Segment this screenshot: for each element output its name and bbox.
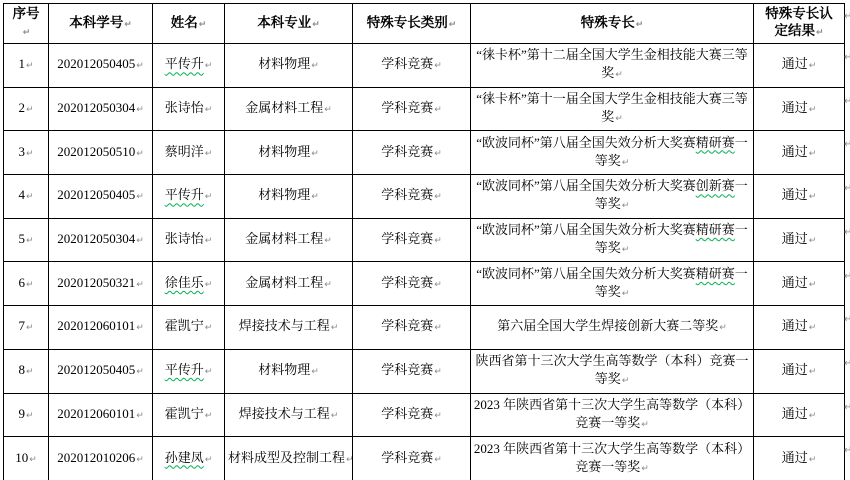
cell-no[interactable]: 9↵	[4, 393, 49, 437]
cell-text: 9	[18, 406, 25, 421]
cell-text: “徕卡杯”第十一届全国大学生金相技能大赛三等奖	[476, 91, 748, 124]
cell-category[interactable]: 学科竞赛↵	[353, 306, 471, 350]
table-row: 2↵202012050304↵张诗怡↵金属材料工程↵学科竞赛↵“徕卡杯”第十一届…	[4, 87, 845, 131]
table-row: 7↵202012060101↵霍凯宁↵焊接技术与工程↵学科竞赛↵第六届全国大学生…	[4, 306, 845, 350]
cell-no[interactable]: 6↵	[4, 262, 49, 306]
cell-major[interactable]: 材料物理↵	[225, 175, 353, 219]
cell-major[interactable]: 金属材料工程↵	[225, 218, 353, 262]
cell-text: 蔡明洋	[165, 144, 204, 159]
cell-text: 202012050405	[57, 362, 135, 377]
paragraph-mark-icon: ↵	[311, 367, 319, 377]
cell-no[interactable]: 4↵	[4, 175, 49, 219]
paragraph-mark-icon: ↵	[449, 20, 457, 30]
cell-text: 学科竞赛	[381, 318, 433, 333]
cell-text: 学科竞赛	[381, 231, 433, 246]
cell-skill[interactable]: “欧波同杯”第八届全国失效分析大奖赛精研赛一等奖↵	[471, 131, 754, 175]
cell-name[interactable]: 平传升↵	[153, 44, 225, 88]
cell-text: 序号	[13, 6, 40, 21]
header-result[interactable]: 特殊专长认定结果↵	[754, 4, 845, 44]
cell-no[interactable]: 2↵	[4, 87, 49, 131]
paragraph-mark-icon: ↵	[434, 455, 442, 465]
cell-category[interactable]: 学科竞赛↵	[353, 175, 471, 219]
cell-student_id[interactable]: 202012050321↵	[49, 262, 153, 306]
table-row: 1↵202012050405↵平传升↵材料物理↵学科竞赛↵“徕卡杯”第十二届全国…	[4, 44, 845, 88]
cell-text: 学科竞赛	[381, 362, 433, 377]
paragraph-mark-icon: ↵	[26, 280, 34, 290]
cell-category[interactable]: 学科竞赛↵	[353, 218, 471, 262]
paragraph-mark-icon: ↵	[719, 323, 727, 333]
cell-category[interactable]: 学科竞赛↵	[353, 87, 471, 131]
paragraph-mark-icon: ↵	[136, 61, 144, 71]
paragraph-mark-icon: ↵	[26, 323, 34, 333]
cell-text: 4	[18, 187, 25, 202]
paragraph-mark-icon: ↵	[26, 411, 34, 421]
cell-text: 通过	[782, 231, 808, 246]
paragraph-mark-icon: ↵	[636, 20, 644, 30]
cell-result[interactable]: 通过↵	[754, 44, 845, 88]
cell-category[interactable]: 学科竞赛↵	[353, 349, 471, 393]
cell-text: 金属材料工程	[245, 275, 323, 290]
cell-text: 202012060101	[57, 406, 135, 421]
cell-text: 10	[15, 450, 28, 465]
paragraph-mark-icon: ↵	[816, 28, 824, 38]
paragraph-mark-icon: ↵	[199, 20, 207, 30]
paragraph-mark-icon: ↵	[622, 245, 630, 255]
cell-text: 焊接技术与工程	[239, 318, 330, 333]
misspelled-text: 创新赛	[696, 178, 735, 193]
paragraph-mark-icon: ↵	[205, 411, 213, 421]
cell-text: 张诗怡	[165, 100, 204, 115]
cell-name[interactable]: 徐佳乐↵	[153, 262, 225, 306]
cell-skill[interactable]: 第六届全国大学生焊接创新大赛二等奖↵	[471, 306, 754, 350]
cell-text: 202012050304	[57, 231, 135, 246]
cell-category[interactable]: 学科竞赛↵	[353, 437, 471, 480]
cell-text: 张诗怡	[165, 231, 204, 246]
cell-text: “欧波同杯”第八届全国失效分析大奖赛	[476, 135, 696, 150]
paragraph-mark-icon: ↵	[622, 158, 630, 168]
cell-text: 202012050321	[57, 275, 135, 290]
cell-major[interactable]: 焊接技术与工程↵	[225, 393, 353, 437]
paragraph-mark-icon: ↵	[205, 455, 213, 465]
paragraph-mark-icon: ↵	[124, 20, 132, 30]
paragraph-mark-icon: ↵	[311, 192, 319, 202]
table-row: 5↵202012050304↵张诗怡↵金属材料工程↵学科竞赛↵“欧波同杯”第八届…	[4, 218, 845, 262]
special-skills-table: 序号↵本科学号↵姓名↵本科专业↵特殊专长类别↵特殊专长↵特殊专长认定结果↵ 1↵…	[3, 3, 845, 480]
misspelled-text: 精研赛	[696, 222, 735, 237]
cell-result[interactable]: 通过↵	[754, 349, 845, 393]
row-end-mark-icon: ↵	[844, 446, 850, 456]
paragraph-mark-icon: ↵	[26, 367, 34, 377]
cell-name[interactable]: 张诗怡↵	[153, 218, 225, 262]
cell-text: 2023 年陕西省第十三次大学生高等数学（本科）竞赛一等奖	[474, 441, 750, 474]
cell-text: 学科竞赛	[381, 275, 433, 290]
table-header-row: 序号↵本科学号↵姓名↵本科专业↵特殊专长类别↵特殊专长↵特殊专长认定结果↵	[4, 4, 845, 44]
paragraph-mark-icon: ↵	[205, 323, 213, 333]
cell-text: 第六届全国大学生焊接创新大赛二等奖	[497, 318, 718, 333]
paragraph-mark-icon: ↵	[434, 192, 442, 202]
cell-text: 通过	[782, 100, 808, 115]
cell-skill[interactable]: 2023 年陕西省第十三次大学生高等数学（本科）竞赛一等奖↵	[471, 393, 754, 437]
paragraph-mark-icon: ↵	[312, 20, 320, 30]
paragraph-mark-icon: ↵	[136, 411, 144, 421]
cell-text: “欧波同杯”第八届全国失效分析大奖赛	[476, 266, 696, 281]
paragraph-mark-icon: ↵	[26, 192, 34, 202]
header-category[interactable]: 特殊专长类别↵	[353, 4, 471, 44]
row-end-mark-icon: ↵	[844, 272, 850, 282]
cell-text: 202012010206	[57, 450, 135, 465]
cell-student_id[interactable]: 202012060101↵	[49, 306, 153, 350]
paragraph-mark-icon: ↵	[136, 455, 144, 465]
row-end-mark-icon: ↵	[844, 97, 850, 107]
paragraph-mark-icon: ↵	[346, 455, 352, 465]
cell-no[interactable]: 10↵	[4, 437, 49, 480]
paragraph-mark-icon: ↵	[29, 455, 37, 465]
cell-skill[interactable]: “欧波同杯”第八届全国失效分析大奖赛创新赛一等奖↵	[471, 175, 754, 219]
cell-result[interactable]: 通过↵	[754, 218, 845, 262]
cell-text: 通过	[782, 275, 808, 290]
paragraph-mark-icon: ↵	[311, 61, 319, 71]
paragraph-mark-icon: ↵	[434, 367, 442, 377]
cell-text: 本科专业	[257, 15, 311, 30]
cell-result[interactable]: 通过↵	[754, 87, 845, 131]
cell-student_id[interactable]: 202012050304↵	[49, 87, 153, 131]
cell-text: 特殊专长类别	[367, 15, 448, 30]
table-row: 4↵202012050405↵平传升↵材料物理↵学科竞赛↵“欧波同杯”第八届全国…	[4, 175, 845, 219]
paragraph-mark-icon: ↵	[205, 105, 213, 115]
header-student_id[interactable]: 本科学号↵	[49, 4, 153, 44]
row-end-mark-icon: ↵	[844, 53, 850, 63]
cell-name[interactable]: 平传升↵	[153, 175, 225, 219]
cell-text: 6	[18, 275, 25, 290]
cell-category[interactable]: 学科竞赛↵	[353, 393, 471, 437]
paragraph-mark-icon: ↵	[136, 236, 144, 246]
cell-skill[interactable]: “徕卡杯”第十二届全国大学生金相技能大赛三等奖↵	[471, 44, 754, 88]
cell-text: 202012060101	[57, 318, 135, 333]
header-name[interactable]: 姓名↵	[153, 4, 225, 44]
cell-text: 学科竞赛	[381, 144, 433, 159]
paragraph-mark-icon: ↵	[136, 105, 144, 115]
paragraph-mark-icon: ↵	[205, 236, 213, 246]
misspelled-text: 平传升	[165, 362, 204, 377]
paragraph-mark-icon: ↵	[26, 105, 34, 115]
row-end-mark-icon: ↵	[844, 359, 850, 369]
misspelled-text: 孙建凤	[165, 450, 204, 465]
misspelled-text: 精研赛	[696, 135, 735, 150]
cell-skill[interactable]: “欧波同杯”第八届全国失效分析大奖赛精研赛一等奖↵	[471, 262, 754, 306]
table-body: 1↵202012050405↵平传升↵材料物理↵学科竞赛↵“徕卡杯”第十二届全国…	[4, 44, 845, 480]
cell-text: 通过	[782, 318, 808, 333]
cell-result[interactable]: 通过↵	[754, 175, 845, 219]
cell-category[interactable]: 学科竞赛↵	[353, 262, 471, 306]
paragraph-mark-icon: ↵	[809, 367, 817, 377]
cell-text: 陕西省第十三次大学生高等数学（本科）竞赛一等奖	[475, 353, 748, 386]
cell-category[interactable]: 学科竞赛↵	[353, 44, 471, 88]
cell-result[interactable]: 通过↵	[754, 393, 845, 437]
table-row: 8↵202012050405↵平传升↵材料物理↵学科竞赛↵陕西省第十三次大学生高…	[4, 349, 845, 393]
cell-text: 202012050405	[57, 187, 135, 202]
paragraph-mark-icon: ↵	[434, 280, 442, 290]
paragraph-mark-icon: ↵	[324, 105, 332, 115]
cell-no[interactable]: 1↵	[4, 44, 49, 88]
cell-text: 202012050405	[57, 56, 135, 71]
cell-student_id[interactable]: 202012050405↵	[49, 44, 153, 88]
paragraph-mark-icon: ↵	[641, 464, 649, 474]
row-end-mark-icon: ↵	[844, 315, 850, 325]
cell-text: 特殊专长	[581, 15, 635, 30]
cell-name[interactable]: 张诗怡↵	[153, 87, 225, 131]
cell-text: 5	[18, 231, 25, 246]
cell-student_id[interactable]: 202012050405↵	[49, 175, 153, 219]
cell-text: 材料物理	[258, 144, 310, 159]
row-end-mark-icon: ↵	[844, 403, 850, 413]
paragraph-mark-icon: ↵	[622, 376, 630, 386]
cell-text: 材料物理	[258, 56, 310, 71]
cell-text: 学科竞赛	[381, 450, 433, 465]
row-end-mark-icon: ↵	[844, 184, 850, 194]
cell-text: 霍凯宁	[165, 406, 204, 421]
header-no[interactable]: 序号↵	[4, 4, 49, 44]
cell-text: 学科竞赛	[381, 187, 433, 202]
paragraph-mark-icon: ↵	[136, 192, 144, 202]
paragraph-mark-icon: ↵	[331, 411, 339, 421]
table-row: 10↵202012010206↵孙建凤↵材料成型及控制工程↵学科竞赛↵2023 …	[4, 437, 845, 480]
paragraph-mark-icon: ↵	[205, 149, 213, 159]
paragraph-mark-icon: ↵	[809, 192, 817, 202]
paragraph-mark-icon: ↵	[809, 105, 817, 115]
cell-no[interactable]: 7↵	[4, 306, 49, 350]
cell-text: 姓名	[171, 15, 198, 30]
cell-skill[interactable]: “徕卡杯”第十一届全国大学生金相技能大赛三等奖↵	[471, 87, 754, 131]
paragraph-mark-icon: ↵	[434, 236, 442, 246]
cell-text: 202012050304	[57, 100, 135, 115]
cell-text: 通过	[782, 406, 808, 421]
cell-text: 本科学号	[69, 15, 123, 30]
paragraph-mark-icon: ↵	[324, 280, 332, 290]
cell-major[interactable]: 材料物理↵	[225, 131, 353, 175]
cell-text: “徕卡杯”第十二届全国大学生金相技能大赛三等奖	[476, 47, 748, 80]
cell-text: 材料物理	[258, 362, 310, 377]
paragraph-mark-icon: ↵	[434, 411, 442, 421]
misspelled-text: 精研赛	[696, 266, 735, 281]
cell-text: 学科竞赛	[381, 100, 433, 115]
misspelled-text: 平传升	[165, 187, 204, 202]
cell-student_id[interactable]: 202012050510↵	[49, 131, 153, 175]
cell-text: 8	[18, 362, 25, 377]
cell-major[interactable]: 金属材料工程↵	[225, 87, 353, 131]
paragraph-mark-icon: ↵	[136, 323, 144, 333]
table-row: 9↵202012060101↵霍凯宁↵焊接技术与工程↵学科竞赛↵2023 年陕西…	[4, 393, 845, 437]
cell-text: 材料物理	[258, 187, 310, 202]
cell-text: 焊接技术与工程	[239, 406, 330, 421]
cell-name[interactable]: 霍凯宁↵	[153, 393, 225, 437]
paragraph-mark-icon: ↵	[615, 114, 623, 124]
cell-skill[interactable]: 陕西省第十三次大学生高等数学（本科）竞赛一等奖↵	[471, 349, 754, 393]
document-page: { "marks": { "paragraph_mark": "↵", "row…	[0, 0, 850, 480]
paragraph-mark-icon: ↵	[622, 201, 630, 211]
cell-student_id[interactable]: 202012060101↵	[49, 393, 153, 437]
paragraph-mark-icon: ↵	[136, 367, 144, 377]
paragraph-mark-icon: ↵	[615, 70, 623, 80]
paragraph-mark-icon: ↵	[324, 236, 332, 246]
paragraph-mark-icon: ↵	[809, 61, 817, 71]
cell-major[interactable]: 焊接技术与工程↵	[225, 306, 353, 350]
cell-text: 1	[18, 56, 25, 71]
cell-student_id[interactable]: 202012050405↵	[49, 349, 153, 393]
paragraph-mark-icon: ↵	[311, 149, 319, 159]
row-end-mark-icon: ↵	[844, 140, 850, 150]
paragraph-mark-icon: ↵	[23, 28, 31, 38]
paragraph-mark-icon: ↵	[26, 236, 34, 246]
paragraph-mark-icon: ↵	[809, 411, 817, 421]
cell-skill[interactable]: 2023 年陕西省第十三次大学生高等数学（本科）竞赛一等奖↵	[471, 437, 754, 480]
cell-text: 通过	[782, 187, 808, 202]
cell-text: 金属材料工程	[245, 231, 323, 246]
cell-text: 金属材料工程	[245, 100, 323, 115]
cell-text: 3	[18, 144, 25, 159]
cell-text: 材料成型及控制工程	[228, 450, 345, 465]
paragraph-mark-icon: ↵	[622, 289, 630, 299]
row-end-mark-icon: ↵	[844, 228, 850, 238]
cell-result[interactable]: 通过↵	[754, 262, 845, 306]
paragraph-mark-icon: ↵	[136, 149, 144, 159]
paragraph-mark-icon: ↵	[205, 61, 213, 71]
cell-text: 202012050510	[57, 144, 135, 159]
table-row: 3↵202012050510↵蔡明洋↵材料物理↵学科竞赛↵“欧波同杯”第八届全国…	[4, 131, 845, 175]
paragraph-mark-icon: ↵	[809, 149, 817, 159]
cell-text: 通过	[782, 362, 808, 377]
cell-text: 2	[18, 100, 25, 115]
paragraph-mark-icon: ↵	[434, 323, 442, 333]
paragraph-mark-icon: ↵	[809, 280, 817, 290]
paragraph-mark-icon: ↵	[205, 367, 213, 377]
cell-name[interactable]: 平传升↵	[153, 349, 225, 393]
cell-result[interactable]: 通过↵	[754, 131, 845, 175]
paragraph-mark-icon: ↵	[809, 236, 817, 246]
cell-major[interactable]: 金属材料工程↵	[225, 262, 353, 306]
paragraph-mark-icon: ↵	[331, 323, 339, 333]
paragraph-mark-icon: ↵	[205, 192, 213, 202]
misspelled-text: 徐佳乐	[165, 275, 204, 290]
paragraph-mark-icon: ↵	[26, 61, 34, 71]
cell-text: 学科竞赛	[381, 406, 433, 421]
cell-no[interactable]: 8↵	[4, 349, 49, 393]
cell-result[interactable]: 通过↵	[754, 306, 845, 350]
paragraph-mark-icon: ↵	[809, 455, 817, 465]
cell-no[interactable]: 3↵	[4, 131, 49, 175]
cell-name[interactable]: 蔡明洋↵	[153, 131, 225, 175]
paragraph-mark-icon: ↵	[434, 61, 442, 71]
cell-text: 2023 年陕西省第十三次大学生高等数学（本科）竞赛一等奖	[474, 397, 750, 430]
misspelled-text: 平传升	[165, 56, 204, 71]
cell-text: 霍凯宁	[165, 318, 204, 333]
cell-major[interactable]: 材料物理↵	[225, 44, 353, 88]
cell-student_id[interactable]: 202012010206↵	[49, 437, 153, 480]
cell-no[interactable]: 5↵	[4, 218, 49, 262]
paragraph-mark-icon: ↵	[809, 323, 817, 333]
cell-text: “欧波同杯”第八届全国失效分析大奖赛	[476, 222, 696, 237]
cell-major[interactable]: 材料物理↵	[225, 349, 353, 393]
cell-text: 通过	[782, 144, 808, 159]
header-skill[interactable]: 特殊专长↵	[471, 4, 754, 44]
cell-name[interactable]: 孙建凤↵	[153, 437, 225, 480]
cell-text: “欧波同杯”第八届全国失效分析大奖赛	[476, 178, 696, 193]
row-end-mark-icon: ↵	[844, 12, 850, 22]
paragraph-mark-icon: ↵	[434, 149, 442, 159]
cell-major[interactable]: 材料成型及控制工程↵	[225, 437, 353, 480]
cell-name[interactable]: 霍凯宁↵	[153, 306, 225, 350]
cell-text: 通过	[782, 450, 808, 465]
cell-category[interactable]: 学科竞赛↵	[353, 131, 471, 175]
cell-result[interactable]: 通过↵	[754, 437, 845, 480]
paragraph-mark-icon: ↵	[434, 105, 442, 115]
paragraph-mark-icon: ↵	[641, 420, 649, 430]
table-row: 6↵202012050321↵徐佳乐↵金属材料工程↵学科竞赛↵“欧波同杯”第八届…	[4, 262, 845, 306]
cell-text: 7	[18, 318, 25, 333]
cell-text: 学科竞赛	[381, 56, 433, 71]
cell-student_id[interactable]: 202012050304↵	[49, 218, 153, 262]
cell-skill[interactable]: “欧波同杯”第八届全国失效分析大奖赛精研赛一等奖↵	[471, 218, 754, 262]
paragraph-mark-icon: ↵	[205, 280, 213, 290]
cell-text: 通过	[782, 56, 808, 71]
paragraph-mark-icon: ↵	[26, 149, 34, 159]
paragraph-mark-icon: ↵	[136, 280, 144, 290]
header-major[interactable]: 本科专业↵	[225, 4, 353, 44]
